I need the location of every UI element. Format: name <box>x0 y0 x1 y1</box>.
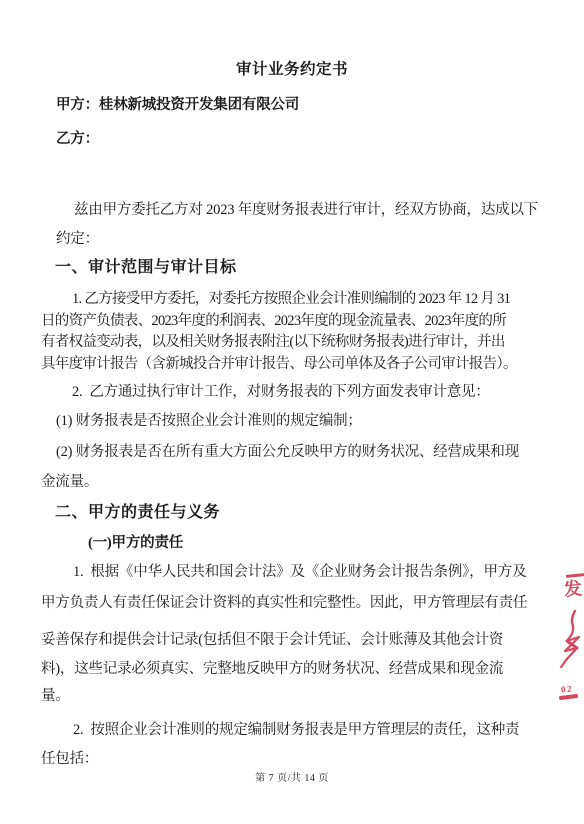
intro-line-2: 约定： <box>56 231 99 248</box>
section1-item1: (1) 财务报表是否按照企业会计准则的规定编制； <box>56 413 362 430</box>
section1-para1-line4: 具年度审计报告（含新城投合并审计报告、母公司单体及各子公司审计报告）。 <box>41 356 517 373</box>
section1-para1-line1: 1. 乙方接受甲方委托，对委托方按照企业会计准则编制的 2023 年 12 月 … <box>72 291 510 308</box>
red-stamp-squiggle-icon <box>558 607 584 669</box>
document-page: 审计业务约定书 甲方：桂林新城投资开发集团有限公司 乙方： 兹由甲方委托乙方对 … <box>0 0 584 824</box>
red-stamp-character: 发 <box>563 578 582 600</box>
section2-para2-line2: 任包括： <box>41 751 98 768</box>
red-stamp-number: 02 <box>561 683 574 694</box>
section1-para2: 2. 乙方通过执行审计工作，对财务报表的下列方面发表审计意见： <box>72 384 490 401</box>
section2-para1-line4: 料)，这些记录必须真实、完整地反映甲方的财务状况、经营成果和现金流 <box>41 661 503 678</box>
red-stamp-underline-icon <box>559 694 578 700</box>
section2-para1-line3: 妥善保存和提供会计记录(包括但不限于会计凭证、会计账薄及其他会计资 <box>41 632 503 649</box>
document-title: 审计业务约定书 <box>0 61 584 79</box>
page-number-footer: 第 7 页/共 14 页 <box>0 773 584 785</box>
section2-subheading: (一)甲方的责任 <box>88 535 183 552</box>
section2-heading: 二、甲方的责任与义务 <box>55 504 220 522</box>
section1-item2-line2: 金流量。 <box>41 474 98 491</box>
party-b-line: 乙方： <box>56 131 99 148</box>
section1-para1-line3: 有者权益变动表，以及相关财务报表附注(以下统称财务报表)进行审计，并出 <box>41 334 505 351</box>
intro-line-1: 兹由甲方委托乙方对 2023 年度财务报表进行审计，经双方协商，达成以下 <box>74 202 538 219</box>
section2-para1-line1: 1. 根据《中华人民共和国会计法》及《企业财务会计报告条例》，甲方及 <box>73 564 526 581</box>
section1-para1-line2: 日的资产负债表、2023年度的利润表、2023年度的现金流量表、2023年度的所 <box>41 313 506 330</box>
section2-para1-line5: 量。 <box>41 688 70 705</box>
section1-heading: 一、审计范围与审计目标 <box>55 259 237 277</box>
section2-para2-line1: 2. 按照企业会计准则的规定编制财务报表是甲方管理层的责任，这种责 <box>73 722 519 739</box>
section1-item2-line1: (2) 财务报表是否在所有重大方面公允反映甲方的财务状况、经营成果和现 <box>56 444 519 461</box>
section2-para1-line2: 甲方负责人有责任保证会计资料的真实性和完整性。因此，甲方管理层有责任 <box>41 595 527 612</box>
red-stamp-stroke-icon <box>566 573 584 577</box>
party-a-line: 甲方：桂林新城投资开发集团有限公司 <box>56 97 299 114</box>
